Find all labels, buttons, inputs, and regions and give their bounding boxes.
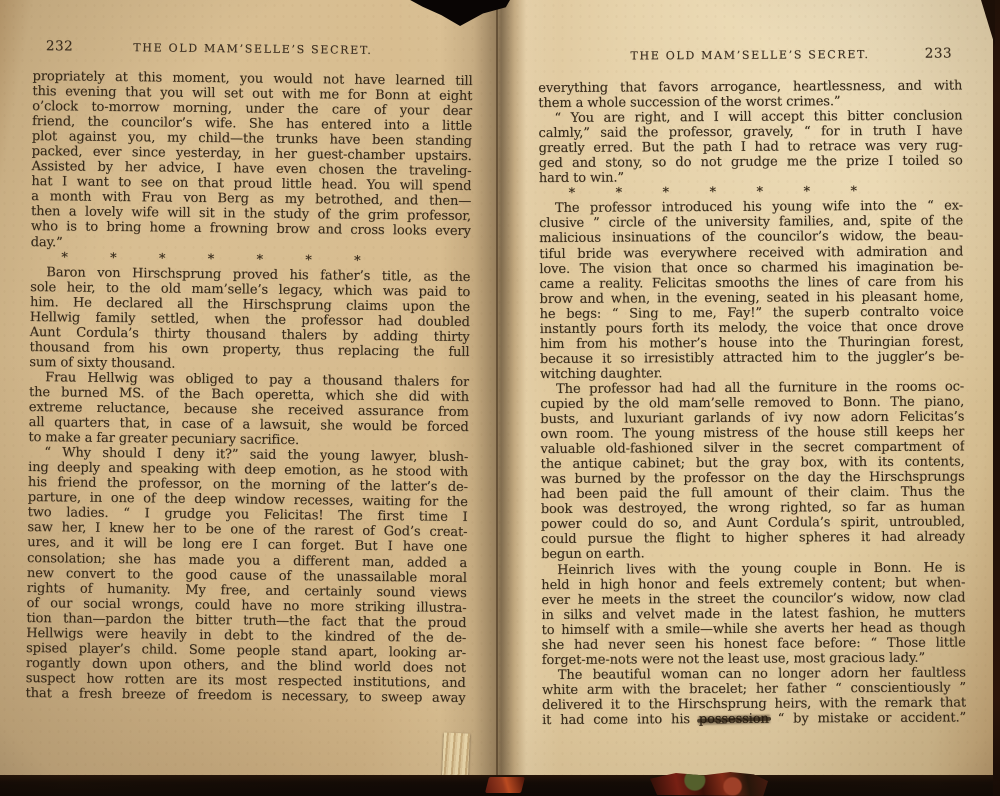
asterisk: * bbox=[256, 252, 263, 267]
asterisk: * bbox=[354, 253, 361, 268]
asterisk: * bbox=[110, 250, 117, 265]
right-running-header: THE OLD MAM’SELLE’S SECRET. bbox=[630, 48, 869, 62]
text-line: ged and stony, so do not grudge me the p… bbox=[539, 154, 963, 172]
left-running-header: THE OLD MAM’SELLE’S SECRET. bbox=[133, 41, 372, 57]
asterisk: * bbox=[569, 186, 575, 201]
asterisk: * bbox=[159, 251, 166, 266]
text-line: because it so irresistibly attracted him… bbox=[540, 349, 964, 367]
text-line: it had come into his possession “ by mis… bbox=[542, 710, 966, 728]
header-spacer bbox=[372, 54, 472, 55]
text-line: could pursue the flight to higher sphere… bbox=[541, 530, 965, 548]
asterisk-divider: ******* bbox=[569, 184, 857, 201]
text-line: hard to win.” bbox=[539, 169, 963, 187]
asterisk: * bbox=[208, 252, 215, 267]
asterisk: * bbox=[709, 185, 715, 200]
right-page-number: 233 bbox=[925, 45, 962, 61]
left-page: 232 THE OLD MAM’SELLE’S SECRET. propriat… bbox=[25, 38, 472, 706]
left-page-body: propriately at this moment, you would no… bbox=[25, 69, 472, 706]
asterisk: * bbox=[662, 186, 668, 201]
header-spacer bbox=[538, 59, 630, 60]
left-page-number: 232 bbox=[33, 38, 73, 54]
right-page-body: everything that favors arrogance, heartl… bbox=[538, 78, 966, 728]
marbled-cover-patch bbox=[650, 772, 768, 796]
asterisk: * bbox=[61, 250, 68, 265]
book-cover-bottom bbox=[0, 775, 1000, 796]
stacked-page-edges bbox=[442, 732, 470, 777]
open-book-photo: 232 THE OLD MAM’SELLE’S SECRET. propriat… bbox=[0, 0, 1000, 796]
pencil-mark: — · bbox=[716, 716, 743, 730]
asterisk: * bbox=[803, 185, 809, 200]
book-cover-right-edge bbox=[993, 0, 1000, 796]
right-page: THE OLD MAM’SELLE’S SECRET. 233 everythi… bbox=[538, 45, 966, 728]
asterisk: * bbox=[850, 184, 856, 199]
text-segment: it had come into his bbox=[542, 712, 699, 728]
right-page-header: THE OLD MAM’SELLE’S SECRET. 233 bbox=[538, 45, 962, 64]
asterisk: * bbox=[756, 185, 762, 200]
asterisk: * bbox=[305, 253, 312, 268]
text-segment: “ by mistake or accident.” bbox=[769, 710, 966, 726]
marbled-cover-patch bbox=[485, 777, 525, 793]
asterisk: * bbox=[615, 186, 621, 201]
text-line: everything that favors arrogance, heartl… bbox=[538, 78, 962, 96]
